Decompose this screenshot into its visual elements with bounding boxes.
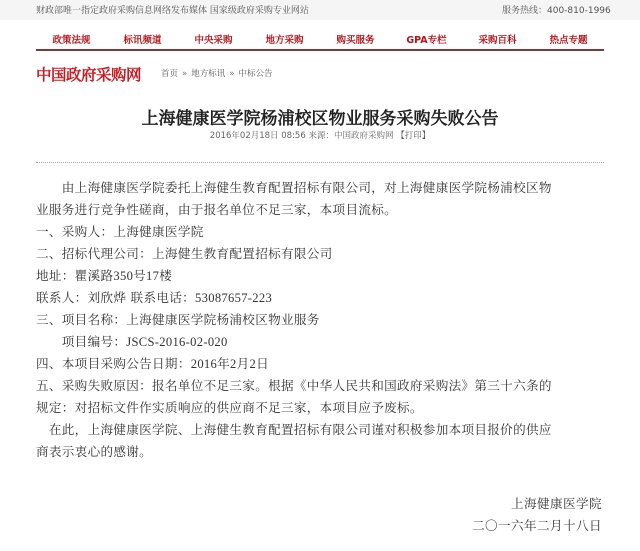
address-value: 350号17楼 — [113, 269, 172, 283]
site-logo[interactable]: 中国政府采购网 — [36, 63, 141, 85]
paragraph-notice-date: 四、本项目采购公告日期：2016年2月2日 — [36, 353, 606, 375]
paragraph-thanks-line1: 在此，上海健康医学院、上海健生教育配置招标有限公司谨对积极参加本项目报价的供应 — [36, 419, 606, 441]
paragraph-agency: 二、招标代理公司：上海健生教育配置招标有限公司 — [36, 243, 606, 265]
top-bar: 财政部唯一指定政府采购信息网络发布媒体 国家级政府采购专业网站 服务热线：400… — [0, 0, 640, 20]
address-label: 地址：瞿溪路 — [36, 268, 113, 283]
breadcrumb-local-tenders[interactable]: 地方标讯 — [191, 69, 225, 79]
breadcrumb-separator: » — [182, 69, 187, 79]
paragraph-thanks-line2: 商表示衷心的感谢。 — [36, 441, 606, 463]
publish-date: 2016年02月18日 08:56 — [210, 131, 306, 141]
paragraph-reason-line1: 五、采购失败原因：报名单位不足三家。根据《中华人民共和国政府采购法》第三十六条的 — [36, 375, 606, 397]
project-number-label: 项目编号： — [36, 334, 126, 349]
nav-item-policy[interactable]: 政策法规 — [36, 32, 107, 50]
contact-label: 联系人：刘欣烨 联系电话： — [36, 290, 195, 305]
paragraph-address: 地址：瞿溪路350号17楼 — [36, 265, 606, 287]
site-slogan: 财政部唯一指定政府采购信息网络发布媒体 国家级政府采购专业网站 — [36, 3, 309, 16]
nav-item-hot-topics[interactable]: 热点专题 — [533, 32, 604, 50]
notice-date-label: 四、本项目采购公告日期： — [36, 356, 191, 371]
project-number: JSCS-2016-02-020 — [126, 335, 227, 349]
paragraph-intro-line2: 业服务进行竞争性磋商，由于报名单位不足三家，本项目流标。 — [36, 199, 606, 221]
service-hotline: 服务热线：400-810-1996 — [502, 3, 611, 16]
nav-item-tender-channel[interactable]: 标讯频道 — [107, 32, 178, 50]
article-body: 由上海健康医学院委托上海健生教育配置招标有限公司，对上海健康医学院杨浦校区物 业… — [36, 177, 606, 463]
breadcrumb-separator: » — [229, 69, 234, 79]
print-link[interactable]: 【打印】 — [396, 131, 430, 141]
signature-block: 上海健康医学院 二〇一六年二月十八日 — [472, 493, 602, 537]
source-name: 中国政府采购网 — [334, 131, 394, 141]
nav-item-purchase-services[interactable]: 购买服务 — [320, 32, 391, 50]
main-nav: 政策法规 标讯频道 中央采购 地方采购 购买服务 GPA专栏 采购百科 热点专题 — [36, 32, 620, 50]
paragraph-purchaser: 一、采购人：上海健康医学院 — [36, 221, 606, 243]
paragraph-intro-line1: 由上海健康医学院委托上海健生教育配置招标有限公司，对上海健康医学院杨浦校区物 — [36, 177, 606, 199]
paragraph-contact: 联系人：刘欣烨 联系电话：53087657-223 — [36, 287, 606, 309]
signature-org: 上海健康医学院 — [472, 493, 602, 515]
page-title: 上海健康医学院杨浦校区物业服务采购失败公告 — [0, 104, 640, 129]
source-label: 来源： — [308, 131, 334, 141]
notice-date: 2016年2月2日 — [191, 357, 269, 371]
article-meta: 2016年02月18日 08:56 来源：中国政府采购网 【打印】 — [0, 129, 640, 141]
nav-item-encyclopedia[interactable]: 采购百科 — [462, 32, 533, 50]
nav-item-central-procurement[interactable]: 中央采购 — [178, 32, 249, 50]
paragraph-project-number: 项目编号：JSCS-2016-02-020 — [36, 331, 606, 353]
breadcrumb: 首页»地方标讯»中标公告 — [161, 67, 272, 79]
nav-item-local-procurement[interactable]: 地方采购 — [249, 32, 320, 50]
paragraph-reason-line2: 规定：对招标文件作实质响应的供应商不足三家，本项目应予废标。 — [36, 397, 606, 419]
contact-phone: 53087657-223 — [195, 291, 272, 305]
breadcrumb-home[interactable]: 首页 — [161, 69, 178, 79]
signature-date: 二〇一六年二月十八日 — [472, 515, 602, 537]
paragraph-project-name: 三、项目名称：上海健康医学院杨浦校区物业服务 — [36, 309, 606, 331]
nav-underline — [36, 49, 604, 51]
nav-item-gpa[interactable]: GPA专栏 — [391, 32, 462, 50]
dotted-divider — [36, 162, 604, 163]
breadcrumb-award-notices[interactable]: 中标公告 — [238, 69, 272, 79]
